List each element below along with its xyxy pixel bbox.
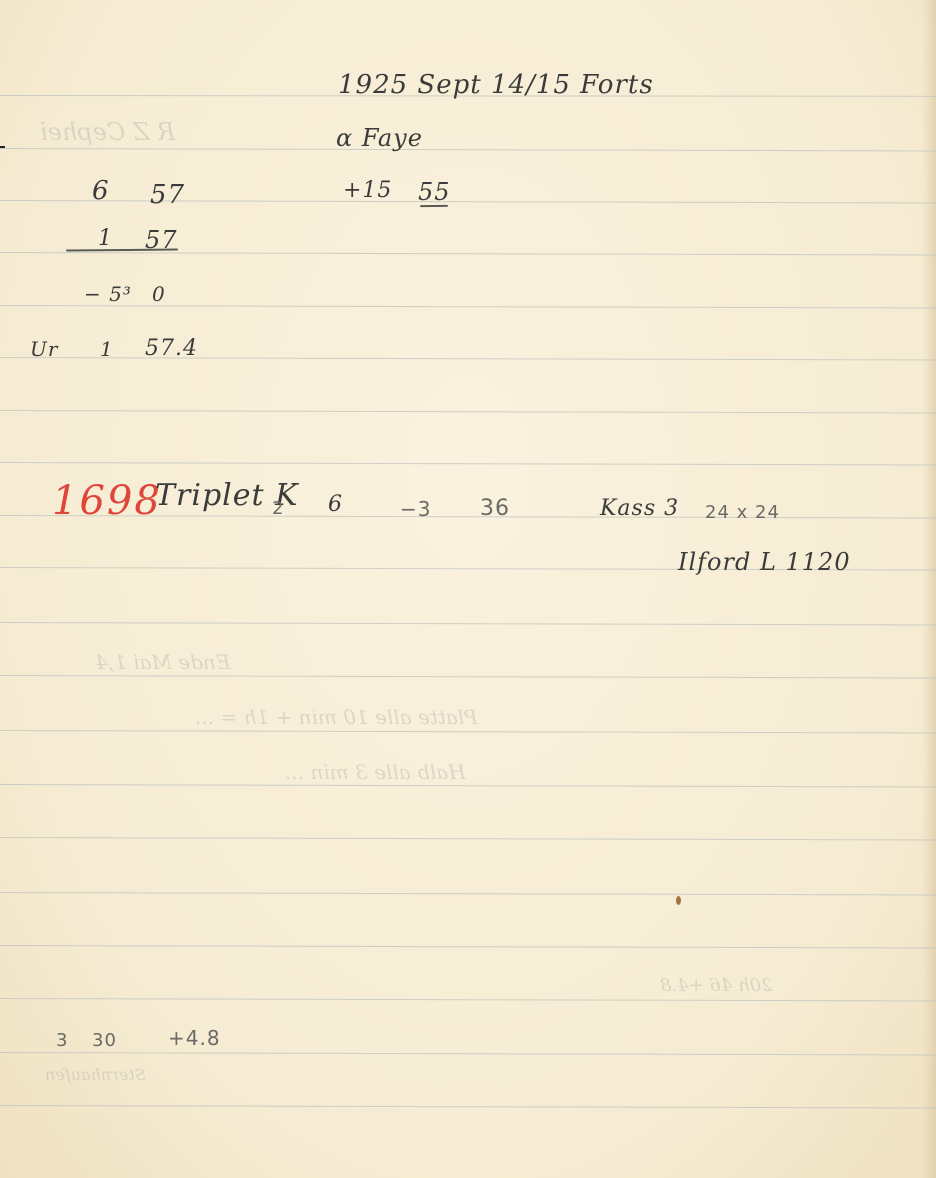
bleed-through-text: Sternhaufen	[45, 1065, 146, 1084]
bottom-value: 3	[56, 1030, 68, 1051]
ink-spot	[676, 896, 681, 905]
calc-row3-b: 0	[152, 282, 166, 306]
ruled-line	[0, 892, 936, 895]
calc-row1-right-a: +15	[343, 178, 392, 203]
ruled-line	[0, 462, 936, 465]
entry-size: 24 x 24	[705, 502, 780, 523]
ruled-line	[0, 1052, 936, 1055]
ruled-line	[0, 837, 936, 840]
header-date-line: 1925 Sept 14/15 Forts	[338, 70, 654, 100]
entry-value: 36	[480, 496, 510, 521]
ruled-line	[0, 305, 936, 308]
calc-row1-right-b: 55	[418, 178, 451, 206]
ruled-line	[0, 622, 936, 625]
ruled-line	[0, 730, 936, 733]
ruled-line	[0, 200, 936, 203]
ruled-line	[0, 252, 936, 255]
ruled-line	[0, 784, 936, 787]
bleed-through-text: Halb alle 3 min ...	[285, 760, 466, 784]
calc-row4-a: 1	[100, 337, 114, 361]
ruled-line	[0, 675, 936, 678]
calc-row3-a: − 5³	[84, 282, 132, 306]
calc-row1-a: 6	[92, 176, 110, 206]
calc-row1-b: 57	[150, 180, 185, 210]
ruled-line	[0, 998, 936, 1001]
bleed-through-text: R Z Cephei	[40, 118, 175, 146]
entry-number: 1698	[52, 478, 162, 524]
bottom-value: +4.8	[168, 1026, 221, 1050]
bleed-through-text: Platte alle 10 min + 1h = ...	[195, 705, 478, 729]
bottom-value: 30	[92, 1030, 117, 1051]
ruled-line	[0, 410, 936, 413]
header-subject: α Faye	[336, 124, 423, 152]
entry-value: 6	[328, 492, 343, 517]
bleed-through-text: 20h 46 +4.8	[660, 975, 773, 996]
calc-row4-b: 57.4	[145, 336, 198, 361]
entry-value: 2	[272, 498, 284, 519]
ruled-line	[0, 945, 936, 948]
entry-value: −3	[400, 497, 431, 521]
entry-cassette: Kass 3	[600, 496, 679, 521]
ruled-line	[0, 1105, 936, 1108]
calc-row2-a: 1	[98, 226, 113, 251]
underline-55	[420, 205, 448, 207]
calc-row4-label: Ur	[30, 337, 58, 361]
entry-plate: Ilford L 1120	[678, 548, 851, 576]
notebook-page: R Z Cephei Ende Mai 1,4 Platte alle 10 m…	[0, 0, 936, 1178]
margin-mark	[0, 146, 5, 148]
bleed-through-text: Ende Mai 1,4	[95, 650, 230, 674]
ruled-line	[0, 357, 936, 360]
ruled-line	[0, 148, 936, 151]
